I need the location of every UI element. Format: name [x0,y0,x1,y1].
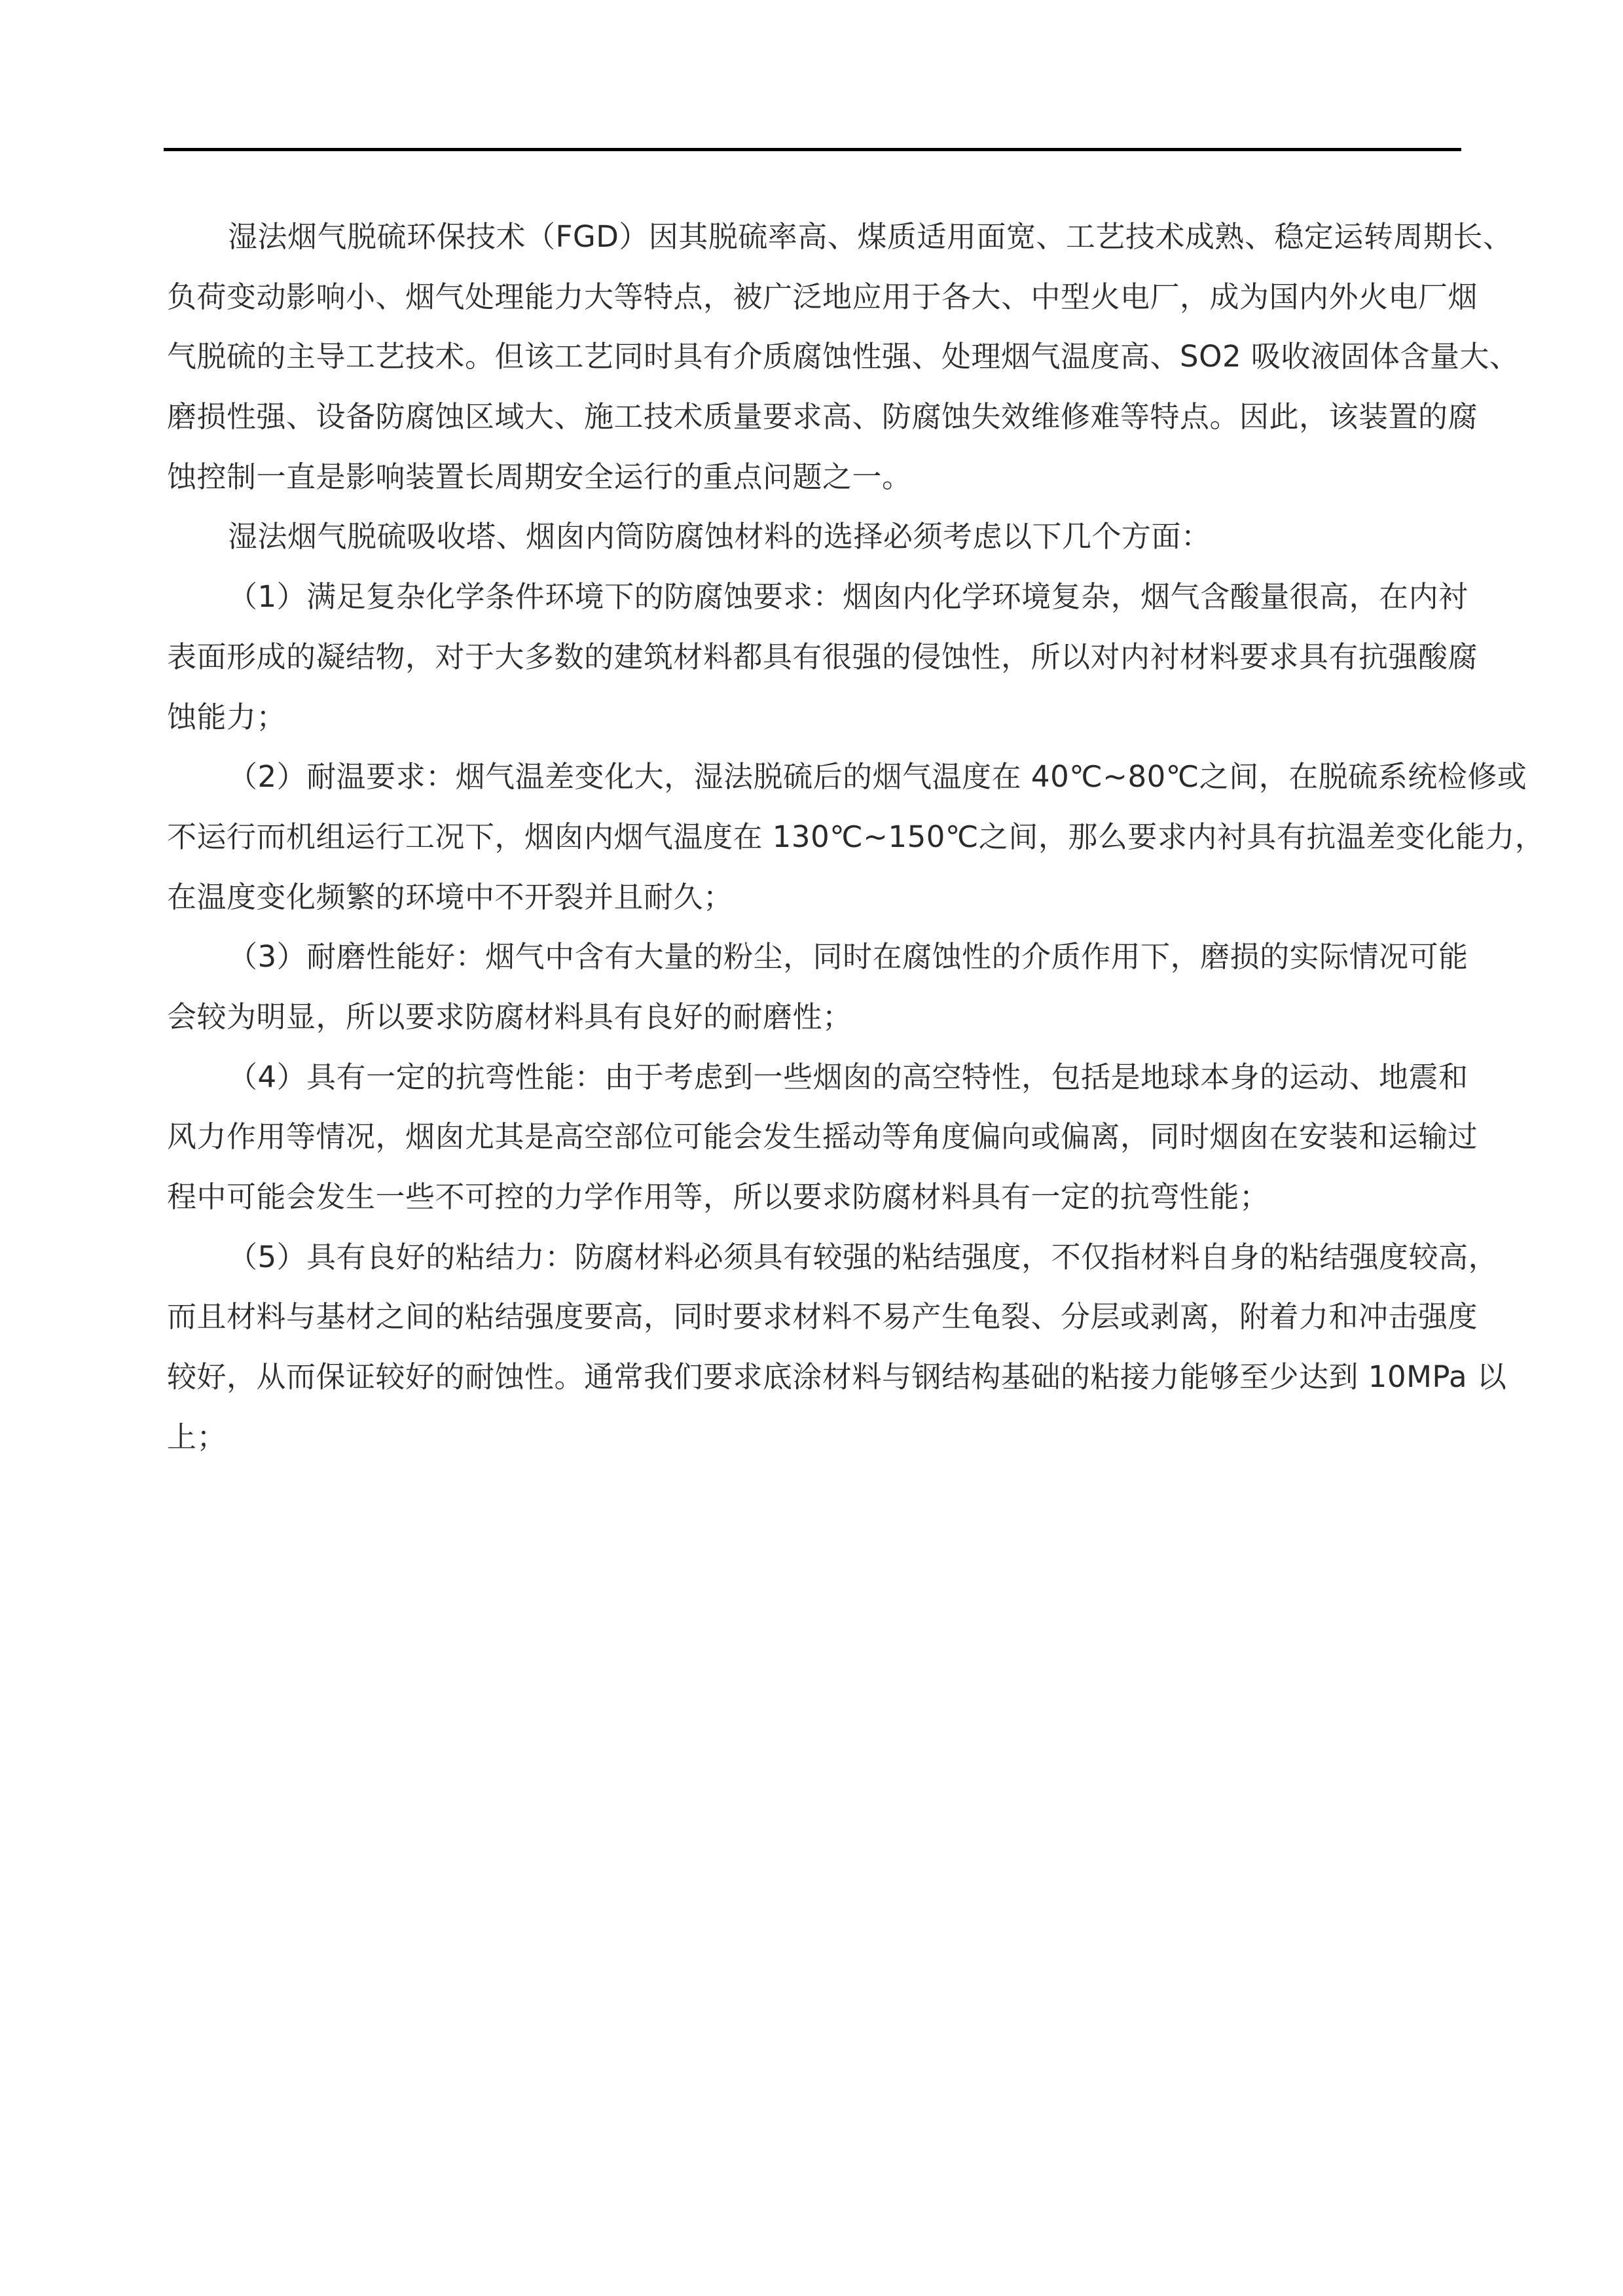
text-line: 气脱硫的主导工艺技术。但该工艺同时具有介质腐蚀性强、处理烟气温度高、SO2 吸收… [167,327,1463,387]
text-line: 风力作用等情况，烟囱尤其是高空部位可能会发生摇动等角度偏向或偏离，同时烟囱在安装… [167,1107,1463,1167]
text-line: 磨损性强、设备防腐蚀区域大、施工技术质量要求高、防腐蚀失效维修难等特点。因此，该… [167,387,1463,447]
text-line: 在温度变化频繁的环境中不开裂并且耐久； [167,867,1463,927]
text-line: 湿法烟气脱硫环保技术（FGD）因其脱硫率高、煤质适用面宽、工艺技术成熟、稳定运转… [167,207,1463,267]
text-line: 表面形成的凝结物，对于大多数的建筑材料都具有很强的侵蚀性，所以对内衬材料要求具有… [167,627,1463,687]
paragraph-intro: 湿法烟气脱硫环保技术（FGD）因其脱硫率高、煤质适用面宽、工艺技术成熟、稳定运转… [167,207,1463,507]
list-item-2: （2）耐温要求：烟气温差变化大，湿法脱硫后的烟气温度在 40℃~80℃之间，在脱… [167,747,1463,927]
paragraph-lead-in: 湿法烟气脱硫吸收塔、烟囱内筒防腐蚀材料的选择必须考虑以下几个方面： [167,507,1463,567]
text-line: 程中可能会发生一些不可控的力学作用等，所以要求防腐材料具有一定的抗弯性能； [167,1167,1463,1227]
text-line: 而且材料与基材之间的粘结强度要高，同时要求材料不易产生龟裂、分层或剥离，附着力和… [167,1287,1463,1347]
list-item-4: （4）具有一定的抗弯性能：由于考虑到一些烟囱的高空特性，包括是地球本身的运动、地… [167,1047,1463,1227]
document-body: 湿法烟气脱硫环保技术（FGD）因其脱硫率高、煤质适用面宽、工艺技术成熟、稳定运转… [167,207,1463,1467]
list-item-5: （5）具有良好的粘结力：防腐材料必须具有较强的粘结强度，不仅指材料自身的粘结强度… [167,1227,1463,1467]
header-rule [164,148,1461,151]
text-line: 负荷变动影响小、烟气处理能力大等特点，被广泛地应用于各大、中型火电厂，成为国内外… [167,267,1463,327]
text-line: 蚀控制一直是影响装置长周期安全运行的重点问题之一。 [167,447,1463,507]
text-line: （4）具有一定的抗弯性能：由于考虑到一些烟囱的高空特性，包括是地球本身的运动、地… [167,1047,1463,1107]
list-item-3: （3）耐磨性能好：烟气中含有大量的粉尘，同时在腐蚀性的介质作用下，磨损的实际情况… [167,927,1463,1047]
text-line: （1）满足复杂化学条件环境下的防腐蚀要求：烟囱内化学环境复杂，烟气含酸量很高，在… [167,567,1463,627]
text-line: 上； [167,1407,1463,1467]
text-line: （5）具有良好的粘结力：防腐材料必须具有较强的粘结强度，不仅指材料自身的粘结强度… [167,1227,1463,1287]
text-line: （3）耐磨性能好：烟气中含有大量的粉尘，同时在腐蚀性的介质作用下，磨损的实际情况… [167,927,1463,987]
text-line: 蚀能力； [167,687,1463,747]
text-line: 湿法烟气脱硫吸收塔、烟囱内筒防腐蚀材料的选择必须考虑以下几个方面： [167,507,1463,567]
text-line: 不运行而机组运行工况下，烟囱内烟气温度在 130℃~150℃之间，那么要求内衬具… [167,807,1463,867]
list-item-1: （1）满足复杂化学条件环境下的防腐蚀要求：烟囱内化学环境复杂，烟气含酸量很高，在… [167,567,1463,747]
text-line: （2）耐温要求：烟气温差变化大，湿法脱硫后的烟气温度在 40℃~80℃之间，在脱… [167,747,1463,807]
text-line: 较好，从而保证较好的耐蚀性。通常我们要求底涂材料与钢结构基础的粘接力能够至少达到… [167,1347,1463,1407]
text-line: 会较为明显，所以要求防腐材料具有良好的耐磨性； [167,987,1463,1047]
